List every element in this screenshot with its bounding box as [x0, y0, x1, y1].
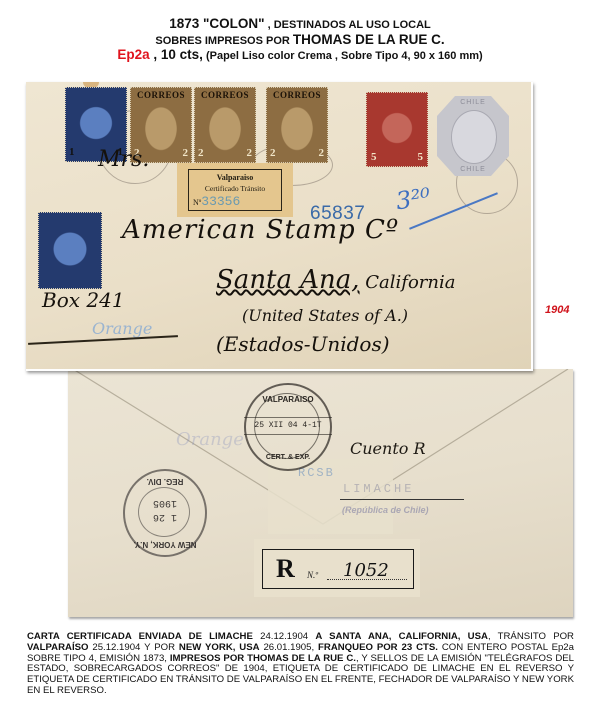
catalog-code: Ep2a — [117, 47, 149, 62]
box-number: Box 241 — [42, 288, 125, 312]
country-en: (United States of A.) — [242, 306, 408, 325]
envelope-back-image: Orange RCSB LIMACHE (República de Chile)… — [68, 369, 573, 617]
cachet-line — [340, 499, 464, 500]
title-line-3: Ep2a , 10 cts, (Papel Liso color Crema ,… — [0, 47, 600, 62]
description-caption: CARTA CERTIFICADA ENVIADA DE LIMACHE 24.… — [27, 632, 574, 697]
title-line-1: 1873 "COLON" , DESTINADOS AL USO LOCAL — [0, 16, 600, 31]
face-value: , 10 cts, — [150, 47, 203, 62]
stamp-2c-brown: CORREOS 2 2 — [266, 87, 328, 163]
city-line: Santa Ana, California — [216, 265, 456, 295]
stamp-2c-brown: CORREOS 2 2 — [194, 87, 256, 163]
paper-details: (Papel Liso color Crema , Sobre Tipo 4, … — [203, 50, 483, 62]
limache-registration-label: R N.º 1052 — [254, 539, 420, 597]
addressee: American Stamp Cº — [122, 215, 399, 245]
back-handwriting: Cuento R — [350, 439, 426, 458]
title-line-2: SOBRES IMPRESOS POR THOMAS DE LA RUE C. — [0, 32, 600, 47]
stamp-10c-blue — [38, 212, 102, 289]
valparaiso-transit-label: Valparaiso Certificado Tránsito Nº33356 — [177, 163, 293, 217]
new-york-postmark: NEW YORK, N.Y. 1 26 1905 REG. DIV. — [123, 469, 207, 557]
salutation: Mrs. — [98, 147, 149, 172]
title-rest: , DESTINADOS AL USO LOCAL — [265, 19, 431, 31]
year-tag: 1904 — [545, 304, 569, 316]
blue-handwritten-value: 3²⁰ — [394, 183, 432, 216]
colon-profile-icon — [451, 110, 497, 164]
printed-indicium: CHILE CHILE — [437, 96, 509, 176]
faint-note: Orange — [92, 319, 152, 338]
printer-prefix: SOBRES IMPRESOS POR — [155, 35, 293, 47]
stamp-5c-red: 5 5 — [366, 92, 428, 167]
envelope-front-image: 1 1 CORREOS 2 2 CORREOS 2 2 CORREOS 2 2 … — [26, 82, 533, 371]
republic-text: (República de Chile) — [342, 505, 429, 515]
country-es: (Estados-Unidos) — [216, 332, 390, 356]
printer-name: THOMAS DE LA RUE C. — [293, 32, 445, 47]
valparaiso-postmark: VALPARAISO 25 XII 04 4-1T CERT. & EXP. — [244, 383, 332, 471]
title-main: 1873 "COLON" — [169, 16, 264, 31]
limache-cachet: LIMACHE — [343, 482, 414, 496]
faint-handwriting: Orange — [176, 429, 244, 450]
